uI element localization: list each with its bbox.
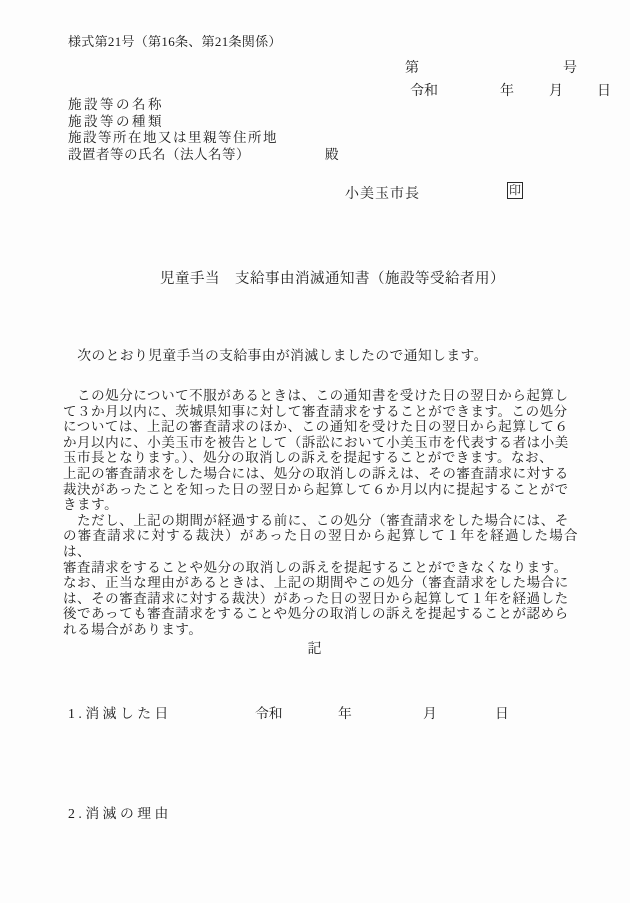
sender-line: 小美玉市長 印 — [0, 183, 630, 203]
item2-label: 2.消滅の理由 — [68, 802, 172, 822]
document-number-line: 第 号 — [0, 57, 630, 75]
appeal-notice-paragraphs: この処分について不服があるときは、この通知書を受けた日の翌日から起算し て３か月… — [63, 388, 578, 638]
recipient-block: 施設等の名称 施設等の種類 施設等所在地又は里親等住所地 設置者等の氏名（法人名… — [68, 97, 278, 163]
item1-era-label: 令和 — [255, 702, 283, 722]
date-month-label: 月 — [549, 80, 563, 100]
date-line: 令和 年 月 日 — [0, 80, 630, 98]
item-extinguish-date: 1.消滅した日 令和 年 月 日 — [68, 702, 578, 722]
facility-address-label: 施設等所在地又は里親等住所地 — [68, 130, 278, 147]
doc-number-suffix: 号 — [563, 57, 577, 77]
facility-type-label: 施設等の種類 — [68, 114, 278, 131]
item1-year-label: 年 — [338, 702, 352, 722]
facility-name-label: 施設等の名称 — [68, 97, 278, 114]
notification-sentence: 次のとおり児童手当の支給事由が消滅しましたので通知します。 — [63, 344, 488, 364]
item1-label: 1.消滅した日 — [68, 702, 172, 722]
honorific-dono: 殿 — [325, 147, 339, 164]
doc-number-prefix: 第 — [405, 57, 419, 77]
mayor-name: 小美玉市長 — [345, 183, 420, 203]
date-year-label: 年 — [500, 80, 514, 100]
item1-day-label: 日 — [495, 702, 509, 722]
founder-name-label: 設置者等の氏名（法人名等） — [68, 147, 278, 164]
record-marker: 記 — [0, 638, 630, 658]
form-number: 様式第21号（第16条、第21条関係） — [68, 31, 282, 50]
item-extinguish-reason: 2.消滅の理由 — [68, 802, 578, 822]
document-page: 様式第21号（第16条、第21条関係） 第 号 令和 年 月 日 施設等の名称 … — [0, 0, 630, 903]
date-day-label: 日 — [597, 80, 611, 100]
document-title: 児童手当 支給事由消滅通知書（施設等受給者用） — [160, 267, 505, 288]
item1-month-label: 月 — [423, 702, 437, 722]
seal-mark: 印 — [507, 182, 523, 199]
date-era-label: 令和 — [410, 80, 438, 100]
